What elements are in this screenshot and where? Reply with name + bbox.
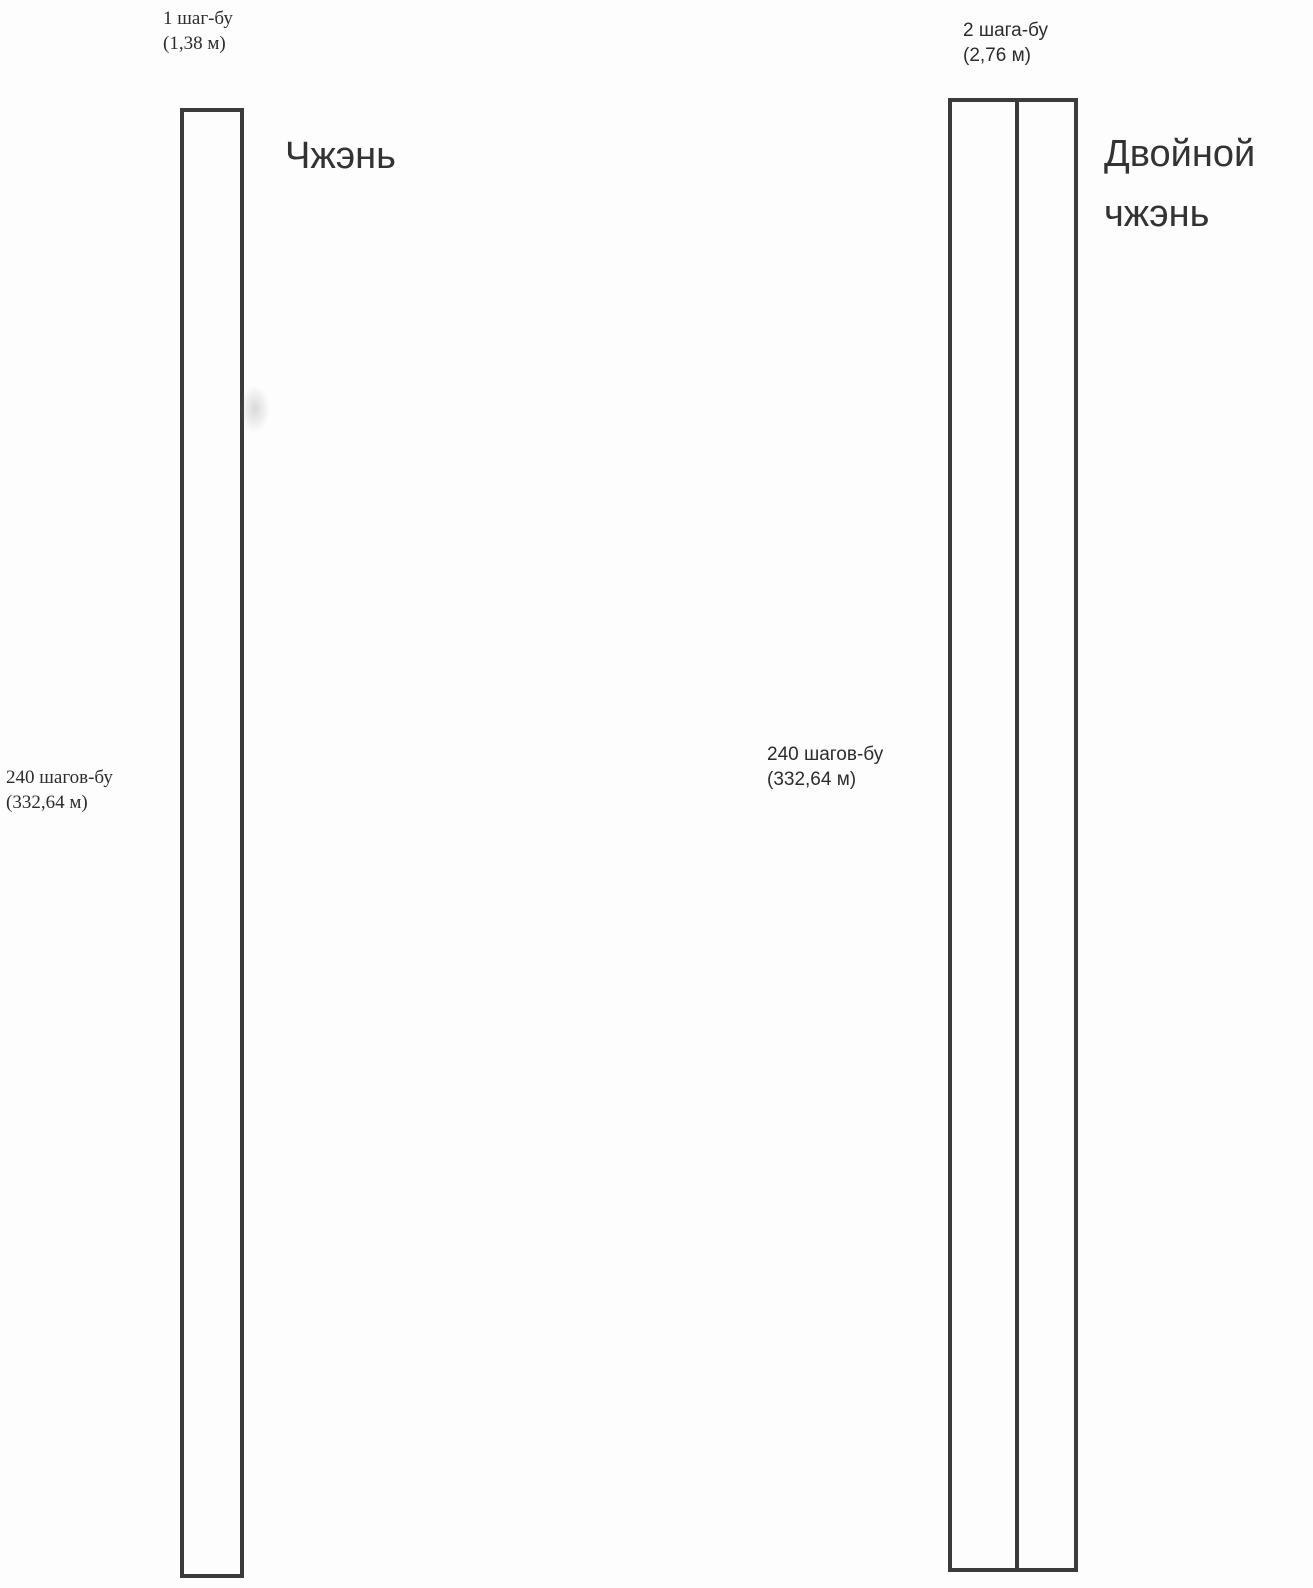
single-zhen-title: Чжэнь (285, 126, 396, 186)
double-zhen-length-meters: (332,64 м) (767, 767, 883, 792)
single-zhen-length-meters: (332,64 м) (6, 790, 113, 815)
single-zhen-width-label: 1 шаг-бу (1,38 м) (163, 6, 233, 56)
single-zhen-width-steps: 1 шаг-бу (163, 6, 233, 31)
double-zhen-width-steps: 2 шага-бу (963, 18, 1048, 43)
single-zhen-plot-rectangle (180, 108, 244, 1578)
double-zhen-width-label: 2 шага-бу (2,76 м) (963, 18, 1048, 68)
single-zhen-width-meters: (1,38 м) (163, 31, 233, 56)
double-zhen-title-line1: Двойной (1104, 124, 1255, 184)
double-zhen-length-steps: 240 шагов-бу (767, 742, 883, 767)
double-zhen-width-meters: (2,76 м) (963, 43, 1048, 68)
single-zhen-length-steps: 240 шагов-бу (6, 765, 113, 790)
double-zhen-center-divider (1015, 102, 1019, 1568)
scan-smudge (240, 385, 270, 433)
double-zhen-title: Двойной чжэнь (1104, 124, 1255, 244)
double-zhen-length-label: 240 шагов-бу (332,64 м) (767, 742, 883, 792)
single-zhen-length-label: 240 шагов-бу (332,64 м) (6, 765, 113, 815)
double-zhen-title-line2: чжэнь (1104, 184, 1255, 244)
double-zhen-plot-rectangle (948, 98, 1078, 1572)
